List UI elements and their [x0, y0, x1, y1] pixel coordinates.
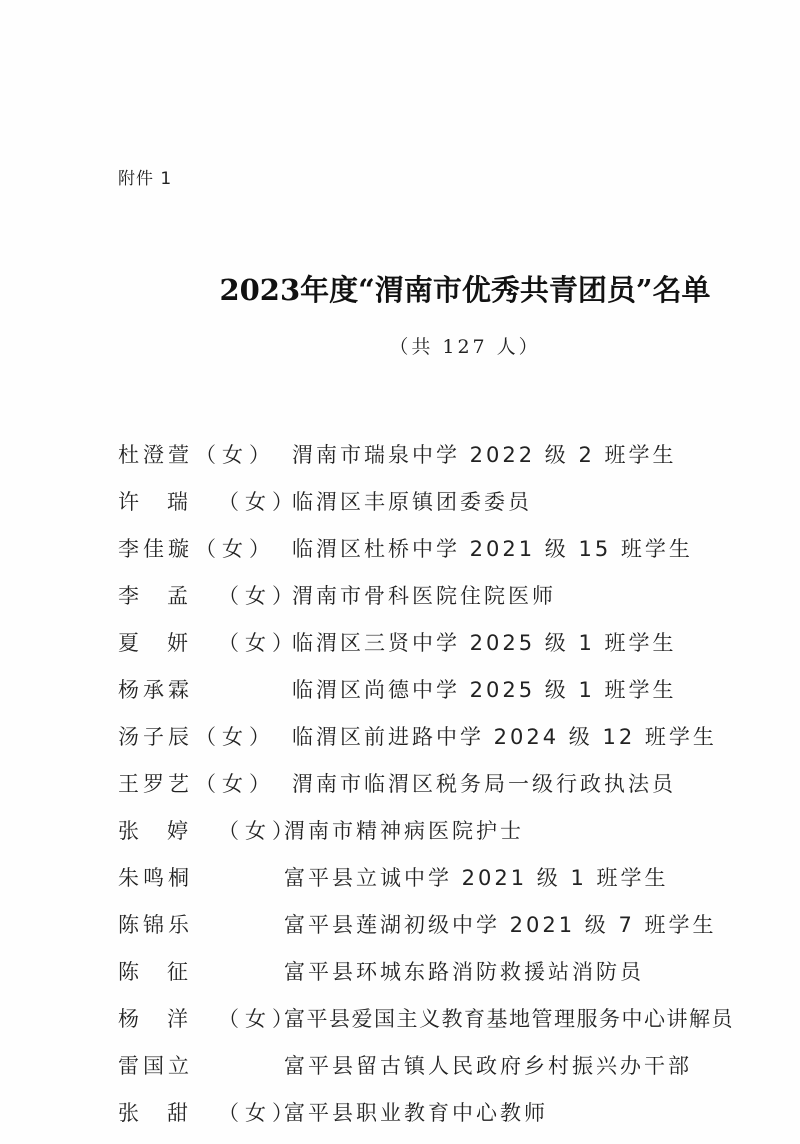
honoree-name: 杨洋 — [118, 1003, 216, 1033]
list-item: 许瑞（女） 临渭区丰原镇团委委员 — [118, 477, 798, 524]
list-item: 张甜（女） 富平县职业教育中心教师 — [118, 1088, 798, 1135]
honoree-name: 夏妍 — [118, 627, 216, 657]
honoree-description: 临渭区前进路中学 2024 级 12 班学生 — [292, 721, 717, 751]
honoree-description: 渭南市临渭区税务局一级行政执法员 — [292, 768, 676, 798]
honoree-description: 渭南市精神病医院护士 — [284, 815, 524, 845]
honoree-name: 杜澄萱 — [118, 439, 193, 469]
list-item: 杜澄萱（女） 渭南市瑞泉中学 2022 级 2 班学生 — [118, 430, 798, 477]
list-item: 朱鸣桐 富平县立诚中学 2021 级 1 班学生 — [118, 853, 798, 900]
honoree-name: 李佳璇 — [118, 533, 193, 563]
honoree-name: 朱鸣桐 — [118, 862, 193, 892]
honoree-description: 渭南市瑞泉中学 2022 级 2 班学生 — [292, 439, 677, 469]
list-item: 汤子辰（女） 临渭区前进路中学 2024 级 12 班学生 — [118, 712, 798, 759]
list-item: 张婷（女） 渭南市精神病医院护士 — [118, 806, 798, 853]
honoree-description: 富平县环城东路消防救援站消防员 — [284, 956, 644, 986]
honoree-name: 杨承霖 — [118, 674, 193, 704]
honoree-name: 雷国立 — [118, 1050, 193, 1080]
document-page: 附件 1 2023年度“渭南市优秀共青团员”名单 （共 127 人） 杜澄萱（女… — [0, 0, 800, 1144]
list-item: 雷国立 富平县留古镇人民政府乡村振兴办干部 — [118, 1041, 798, 1088]
honoree-name: 张婷 — [118, 815, 216, 845]
page-subtitle: （共 127 人） — [0, 332, 800, 359]
honoree-description: 富平县留古镇人民政府乡村振兴办干部 — [284, 1050, 692, 1080]
list-item: 陈征 富平县环城东路消防救援站消防员 — [118, 947, 798, 994]
gender-note: （女） — [195, 533, 276, 563]
gender-note: （女） — [195, 768, 276, 798]
honoree-name: 陈锦乐 — [118, 909, 193, 939]
gender-note: （女） — [218, 486, 299, 516]
honoree-name: 王罗艺 — [118, 768, 193, 798]
honoree-name: 张甜 — [118, 1097, 216, 1127]
honoree-description: 富平县莲湖初级中学 2021 级 7 班学生 — [284, 909, 717, 939]
gender-note: （女） — [218, 580, 299, 610]
gender-note: （女） — [218, 627, 299, 657]
honoree-name: 许瑞 — [118, 486, 216, 516]
honoree-name: 李孟 — [118, 580, 216, 610]
honoree-description: 临渭区杜桥中学 2021 级 15 班学生 — [292, 533, 693, 563]
honoree-description: 临渭区尚德中学 2025 级 1 班学生 — [292, 674, 677, 704]
honoree-list: 杜澄萱（女） 渭南市瑞泉中学 2022 级 2 班学生 许瑞（女） 临渭区丰原镇… — [118, 430, 798, 1135]
honoree-description: 临渭区三贤中学 2025 级 1 班学生 — [292, 627, 677, 657]
honoree-description: 富平县爱国主义教育基地管理服务中心讲解员 — [284, 1003, 734, 1033]
honoree-name: 汤子辰 — [118, 721, 193, 751]
honoree-description: 临渭区丰原镇团委委员 — [292, 486, 532, 516]
page-title: 2023年度“渭南市优秀共青团员”名单 — [0, 268, 800, 309]
list-item: 杨承霖 临渭区尚德中学 2025 级 1 班学生 — [118, 665, 798, 712]
list-item: 李佳璇（女） 临渭区杜桥中学 2021 级 15 班学生 — [118, 524, 798, 571]
honoree-name: 陈征 — [118, 956, 216, 986]
honoree-description: 富平县立诚中学 2021 级 1 班学生 — [284, 862, 669, 892]
list-item: 夏妍（女） 临渭区三贤中学 2025 级 1 班学生 — [118, 618, 798, 665]
gender-note: （女） — [195, 439, 276, 469]
honoree-description: 富平县职业教育中心教师 — [284, 1097, 548, 1127]
list-item: 王罗艺（女） 渭南市临渭区税务局一级行政执法员 — [118, 759, 798, 806]
honoree-description: 渭南市骨科医院住院医师 — [292, 580, 556, 610]
gender-note: （女） — [195, 721, 276, 751]
list-item: 李孟（女） 渭南市骨科医院住院医师 — [118, 571, 798, 618]
attachment-label: 附件 1 — [118, 164, 172, 189]
list-item: 杨洋（女） 富平县爱国主义教育基地管理服务中心讲解员 — [118, 994, 798, 1041]
list-item: 陈锦乐 富平县莲湖初级中学 2021 级 7 班学生 — [118, 900, 798, 947]
